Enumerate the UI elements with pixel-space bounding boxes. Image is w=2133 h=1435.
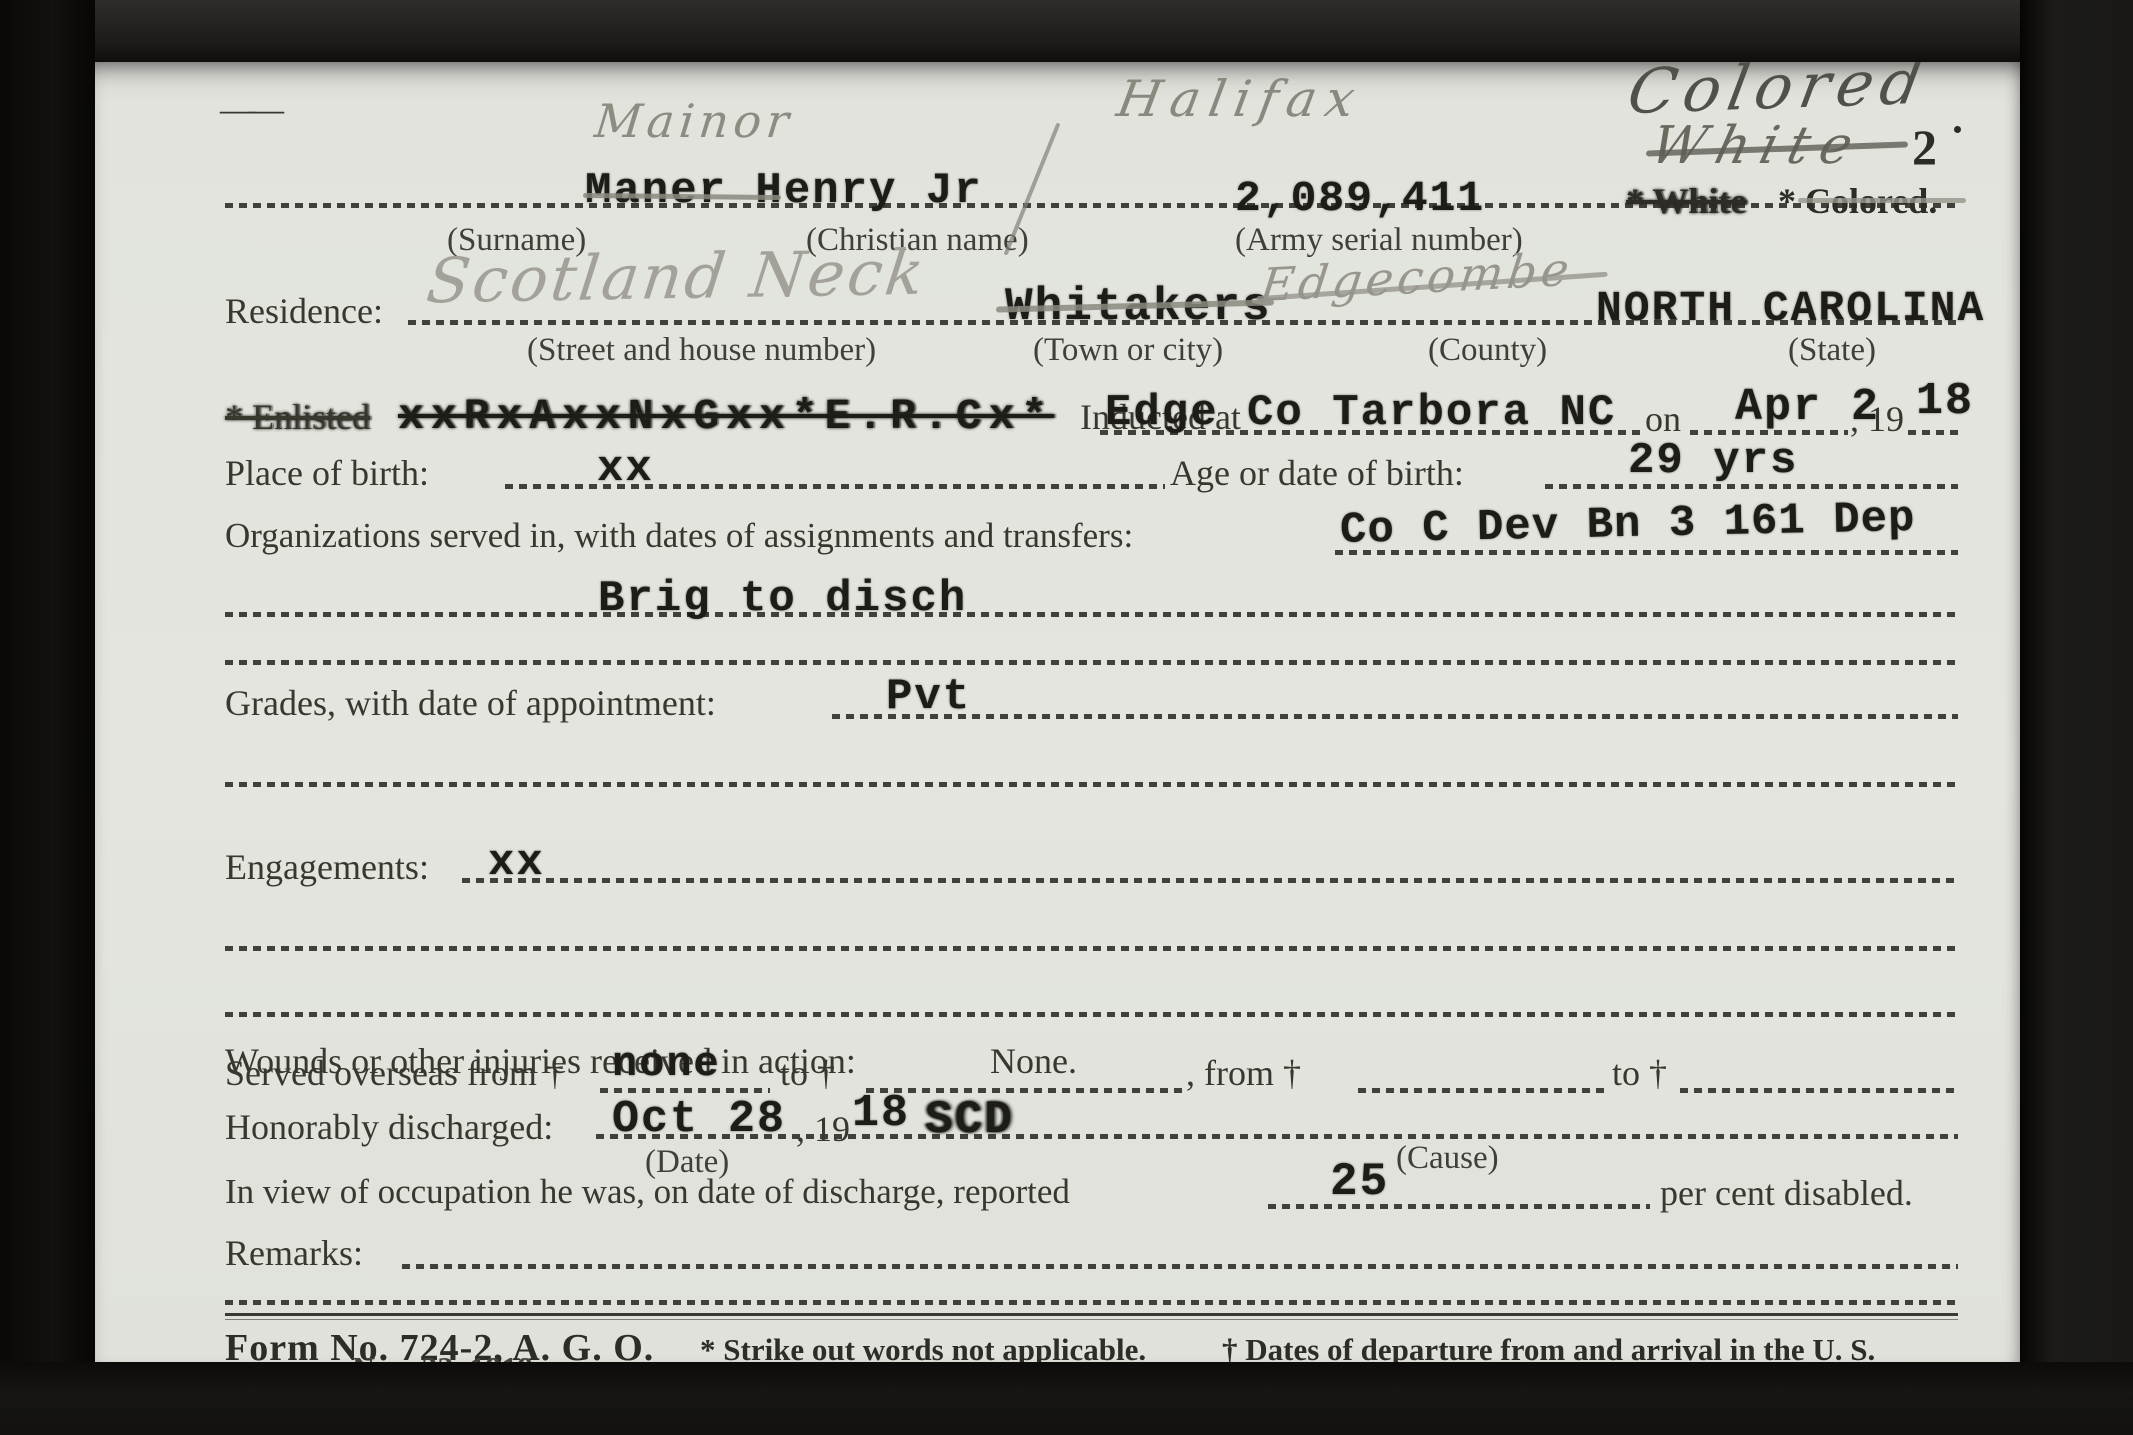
age-label: Age or date of birth: [1170,452,1464,494]
disability-rule [1268,1204,1650,1209]
organizations-rule2 [225,612,1958,617]
enlisted-label-struck: * Enlisted [225,396,370,438]
overseas-rule4 [1680,1088,1958,1093]
discharge-label: Honorably discharged: [225,1106,553,1148]
overseas-label: Served overseas from † [225,1052,564,1094]
inducted-year-rule [1908,430,1958,435]
discharge-year-prefix: , 19 [796,1108,850,1150]
place-of-birth-value: xx [597,444,654,494]
overseas-to2-label: to † [1612,1052,1667,1094]
discharge-year-value: 18 [852,1088,910,1139]
scan-background-right [2020,0,2133,1435]
race-colored-pencil-strike [1798,198,1966,203]
serial-value: 2,089,411 [1235,174,1485,223]
inducted-year-value: 18 [1916,376,1974,427]
remarks-rule [402,1264,1958,1269]
year-prefix-label: , 19 [1850,398,1904,440]
grades-rule [832,714,1958,719]
blank-rule-2 [225,946,1958,951]
grades-label: Grades, with date of appointment: [225,682,716,724]
footer-solid-rule-thin [225,1319,1958,1320]
wounds-value: None. [990,1040,1077,1082]
typed-race-code-dot [1954,126,1961,133]
overseas-from1-value: none [612,1040,721,1088]
blank-rule-3 [225,1012,1958,1017]
place-of-birth-label: Place of birth: [225,452,429,494]
blank-rule-1 [225,782,1958,787]
scan-background-bottom [0,1362,2133,1435]
disability-suffix: per cent disabled. [1660,1172,1913,1214]
blank-rule-4 [225,1300,1958,1305]
state-value: NORTH CAROLINA [1596,284,1985,333]
discharge-date-value: Oct 28 [612,1094,786,1145]
disability-label: In view of occupation he was, on date of… [225,1172,1070,1212]
age-value: 29 yrs [1628,436,1798,486]
name-value: Maner Henry Jr [585,166,983,216]
street-script-value: Scotland Neck [423,236,931,318]
cause-sublabel: (Cause) [1396,1140,1499,1177]
pencil-county-annotation: Halifax [1113,70,1368,128]
overseas-from2-label: , from † [1186,1052,1301,1094]
corner-dash-mark: —— [220,88,276,130]
street-sublabel: (Street and house number) [527,332,876,369]
scan-background-top [0,0,2133,62]
footer-solid-rule [225,1313,1958,1316]
discharge-cause-value: SCD [925,1094,1014,1146]
organizations-rule3 [225,660,1958,665]
engagements-label: Engagements: [225,846,429,888]
county-sublabel: (County) [1428,332,1547,369]
residence-label: Residence: [225,290,383,332]
disability-value: 25 [1330,1156,1389,1208]
overseas-rule3 [1358,1088,1606,1093]
pencil-name-annotation: Mainor [592,94,796,148]
town-sublabel: (Town or city) [1033,332,1223,369]
organizations-value-line2: Brig to disch [598,574,967,624]
inducted-place-value: Edge Co Tarbora NC [1105,388,1616,438]
state-sublabel: (State) [1788,332,1876,369]
remarks-label: Remarks: [225,1232,363,1274]
scan-background-left [0,0,95,1435]
overseas-rule2 [866,1088,1182,1093]
on-label: on [1645,398,1681,440]
scanned-service-card-page: —— Mainor Halifax Colored White 2 Maner … [0,0,2133,1435]
race-white-printed: * White [1626,180,1746,222]
enlisted-overstrike-chars: xxRxAxxNxGxx*E.R.Cx* [398,392,1054,441]
organizations-label: Organizations served in, with dates of a… [225,516,1133,556]
overseas-rule1 [600,1088,770,1093]
typed-race-code: 2 [1912,118,1937,176]
overseas-to1-label: to † [780,1052,835,1094]
engagements-value: xx [488,838,545,888]
grades-value: Pvt [886,672,971,722]
engagements-rule [462,878,1958,883]
